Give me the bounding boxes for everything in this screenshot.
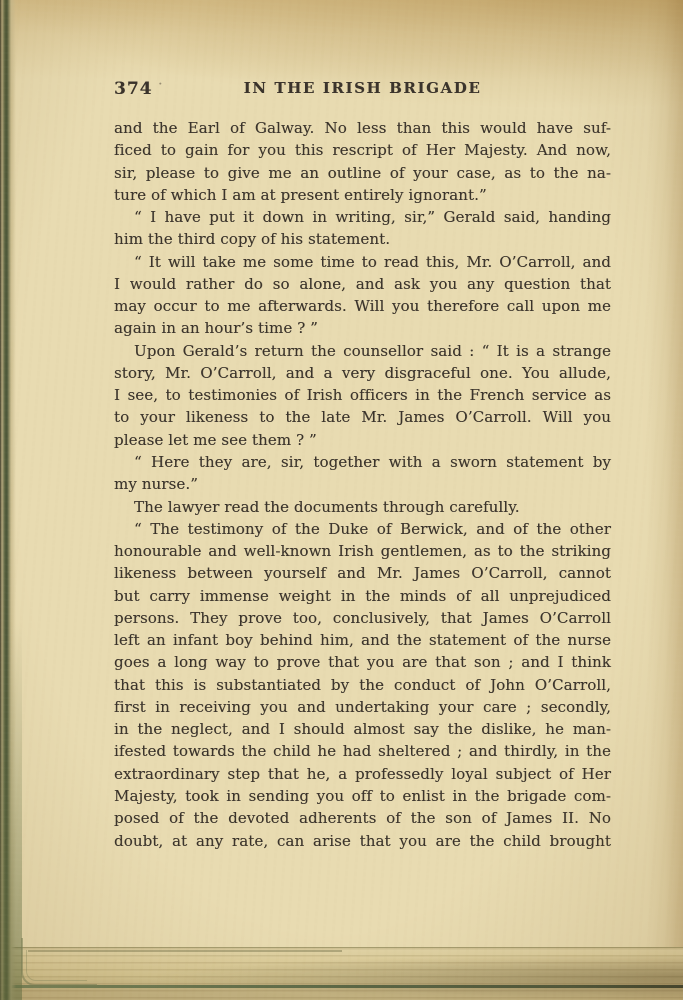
text-line: The lawyer read the documents through ca…	[114, 496, 611, 518]
text-line: extraordinary step that he, a professedl…	[114, 763, 611, 785]
text-line: goes a long way to prove that you are th…	[114, 651, 611, 673]
text-line: “ It will take me some time to read this…	[114, 251, 611, 273]
page-number: 374	[114, 79, 163, 99]
text-line: ture of which I am at present entirely i…	[114, 184, 611, 206]
running-head: IN THE IRISH BRIGADE	[114, 79, 611, 97]
paragraph: The lawyer read the documents through ca…	[114, 496, 611, 518]
text-line: I would rather do so alone, and ask you …	[114, 273, 611, 295]
text-line: “ I have put it down in writing, sir,” G…	[114, 206, 611, 228]
text-line: ficed to gain for you this rescript of H…	[114, 139, 611, 161]
text-line: left an infant boy behind him, and the s…	[114, 629, 611, 651]
paragraph: “ It will take me some time to read this…	[114, 251, 611, 340]
text-line: to your likeness to the late Mr. James O…	[114, 406, 611, 428]
left-edge-green-tint	[0, 580, 22, 1000]
text-line: “ Here they are, sir, together with a sw…	[114, 451, 611, 473]
text-line: that this is substantiated by the conduc…	[114, 674, 611, 696]
text-line: him the third copy of his statement.	[114, 228, 611, 250]
text-line: please let me see them ? ”	[114, 429, 611, 451]
page-curl-line	[28, 950, 342, 952]
text-line: likeness between yourself and Mr. James …	[114, 562, 611, 584]
paragraph: “ Here they are, sir, together with a sw…	[114, 451, 611, 496]
text-line: may occur to me afterwards. Will you the…	[114, 295, 611, 317]
page-right-shading	[647, 0, 683, 1000]
text-line: honourable and well-known Irish gentleme…	[114, 540, 611, 562]
text-line: I see, to testimonies of Irish officers …	[114, 384, 611, 406]
text-line: ifested towards the child he had shelter…	[114, 740, 611, 762]
book-cover-edge-line	[0, 985, 683, 988]
bottom-page-stack	[0, 947, 683, 1000]
text-line: in the neglect, and I should almost say …	[114, 718, 611, 740]
text-line: again in an hour’s time ? ”	[114, 317, 611, 339]
page-header: 374 IN THE IRISH BRIGADE	[114, 79, 611, 101]
bottom-shadow-band	[0, 988, 683, 1000]
text-line: but carry immense weight in the minds of…	[114, 585, 611, 607]
text-line: persons. They prove too, conclusively, t…	[114, 607, 611, 629]
page-corner-curl	[21, 938, 97, 986]
text-line: story, Mr. O’Carroll, and a very disgrac…	[114, 362, 611, 384]
text-line: first in receiving you and undertaking y…	[114, 696, 611, 718]
paragraph: “ The testimony of the Duke of Berwick, …	[114, 518, 611, 852]
text-line: sir, please to give me an outline of you…	[114, 162, 611, 184]
text-line: doubt, at any rate, can arise that you a…	[114, 830, 611, 852]
paragraph: “ I have put it down in writing, sir,” G…	[114, 206, 611, 251]
body-text: and the Earl of Galway. No less than thi…	[114, 117, 611, 852]
left-page-edge	[0, 0, 16, 1000]
scanned-book-page: 374 IN THE IRISH BRIGADE and the Earl of…	[0, 0, 683, 1000]
text-line: posed of the devoted adherents of the so…	[114, 807, 611, 829]
text-line: and the Earl of Galway. No less than thi…	[114, 117, 611, 139]
text-line: “ The testimony of the Duke of Berwick, …	[114, 518, 611, 540]
text-line: Upon Gerald’s return the counsellor said…	[114, 340, 611, 362]
text-line: Majesty, took in sending you off to enli…	[114, 785, 611, 807]
text-line: my nurse.”	[114, 473, 611, 495]
paragraph: and the Earl of Galway. No less than thi…	[114, 117, 611, 206]
paragraph: Upon Gerald’s return the counsellor said…	[114, 340, 611, 451]
